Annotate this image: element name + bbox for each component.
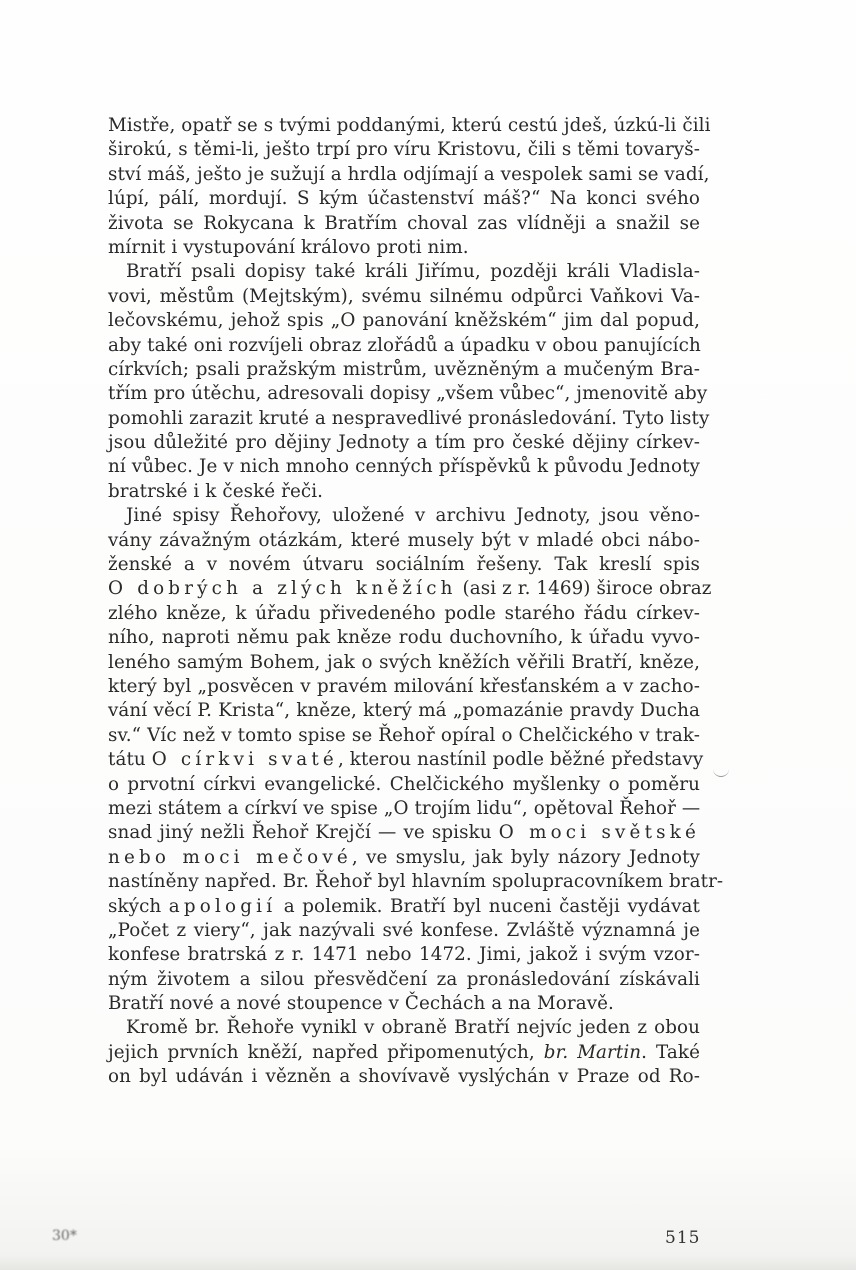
text-line: snad jiný nežli Řehoř Krejčí — ve spisku… — [108, 821, 700, 845]
text-line: mezi státem a církví ve spise „O trojím … — [108, 797, 700, 821]
text-line: ských apologií a polemik. Bratří byl nuc… — [108, 895, 700, 919]
book-page: Mistře, opatř se s tvými poddanými, kter… — [0, 0, 856, 1270]
text-line: o prvotní církvi evangelické. Chelčickéh… — [108, 773, 700, 797]
text-line: ženské a v novém útvaru sociálním řešeny… — [108, 553, 700, 577]
signature-mark: 30* — [52, 1228, 77, 1244]
text-segment: . Také — [641, 1042, 700, 1063]
text-line: ství máš, ješto je sužují a hrdla odjíma… — [108, 163, 700, 187]
text-segment: snad jiný nežli Řehoř Krejčí — ve spisku — [108, 822, 499, 843]
text-line: Bratří nové a nové stoupence v Čechách a… — [108, 992, 700, 1016]
scan-edge-shadow — [0, 1255, 856, 1270]
text-line: vány závažným otázkám, které musely být … — [108, 529, 700, 553]
text-line: leného samým Bohem, jak o svých kněžích … — [108, 651, 700, 675]
text-segment: ských — [108, 896, 169, 917]
text-line: ní vůbec. Je v nich mnoho cenných příspě… — [108, 455, 700, 479]
text-line: pomohli zarazit kruté a nespravedlivé pr… — [108, 407, 700, 431]
text-line: vání věcí P. Krista“, kněze, který má „p… — [108, 699, 700, 723]
page-number: 515 — [665, 1228, 700, 1248]
text-segment: tátu — [108, 749, 152, 770]
text-line: vovi, městům (Mejtským), svému silnému o… — [108, 285, 700, 309]
text-line: ního, naproti němu pak kněze rodu duchov… — [108, 626, 700, 650]
text-line: mírnit i vystupování královo proti nim. — [108, 236, 700, 260]
text-segment: , kterou nastínil podle běžné představy — [338, 749, 703, 770]
text-line: Jiné spisy Řehořovy, uložené v archivu J… — [108, 504, 700, 528]
text-line: zlého kněze, k úřadu přivedeného podle s… — [108, 602, 700, 626]
text-line: lečovskému, jehož spis „O panování kněžs… — [108, 309, 700, 333]
text-line: Kromě br. Řehoře vynikl v obraně Bratří … — [108, 1016, 700, 1040]
text-line: „Počet z viery“, jak nazývali své konfes… — [108, 919, 700, 943]
text-line: ným životem a silou přesvědčení za proná… — [108, 968, 700, 992]
text-line: lúpí, pálí, mordují. S kým účastenství m… — [108, 187, 700, 211]
text-segment: jejich prvních kněží, napřed připomenutý… — [108, 1042, 544, 1063]
emphasized-title: O moci světské — [499, 822, 700, 843]
emphasized-title: O dobrých a zlých kněžích — [108, 578, 457, 599]
emphasized-title: apologií — [169, 896, 276, 917]
text-line: nebo moci mečové, ve smyslu, jak byly ná… — [108, 846, 700, 870]
text-line: nastíněny napřed. Br. Řehoř byl hlavním … — [108, 870, 700, 894]
text-line: širokú, s těmi-li, ješto trpí pro víru K… — [108, 138, 700, 162]
text-line: bratrské i k české řeči. — [108, 480, 700, 504]
text-segment: , ve smyslu, jak byly názory Jednoty — [352, 847, 700, 868]
text-line: O dobrých a zlých kněžích (asi z r. 1469… — [108, 577, 700, 601]
text-line: konfese bratrská z r. 1471 nebo 1472. Ji… — [108, 943, 700, 967]
text-line: jsou důležité pro dějiny Jednoty a tím p… — [108, 431, 700, 455]
emphasized-title: nebo moci mečové — [108, 847, 352, 868]
text-line: třím pro útěchu, adresovali dopisy „všem… — [108, 382, 700, 406]
text-segment: a polemik. Bratří byl nuceni častěji vyd… — [276, 896, 700, 917]
text-segment: (asi z r. 1469) široce obraz — [457, 578, 712, 599]
text-line: který byl „posvěcen v pravém milování kř… — [108, 675, 700, 699]
text-line: Mistře, opatř se s tvými poddanými, kter… — [108, 114, 700, 138]
text-line: aby také oni rozvíjeli obraz zlořádů a ú… — [108, 334, 700, 358]
text-line: on byl udáván i vězněn a shovívavě vyslý… — [108, 1065, 700, 1089]
text-line: tátu O církvi svaté, kterou nastínil pod… — [108, 748, 700, 772]
text-line: Bratří psali dopisy také králi Jiřímu, p… — [108, 260, 700, 284]
text-line: sv.“ Víc než v tomto spise se Řehoř opír… — [108, 724, 700, 748]
body-text: Mistře, opatř se s tvými poddanými, kter… — [108, 114, 700, 1090]
text-line: církvích; psali pražským mistrům, uvězně… — [108, 358, 700, 382]
italic-name: br. Martin — [544, 1042, 641, 1063]
margin-pencil-mark — [713, 768, 729, 777]
emphasized-title: O církvi svaté — [152, 749, 338, 770]
text-line: jejich prvních kněží, napřed připomenutý… — [108, 1041, 700, 1065]
text-line: života se Rokycana k Bratřím choval zas … — [108, 212, 700, 236]
